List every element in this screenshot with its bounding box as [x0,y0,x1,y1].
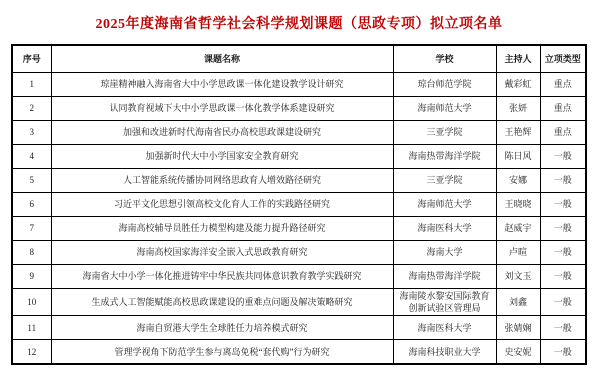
cell-host: 戴彩虹 [496,73,540,97]
cell-school: 海南师范大学 [393,193,496,217]
table-header-row: 序号 课题名称 学校 主持人 立项类型 [12,45,586,73]
cell-no: 5 [12,169,51,193]
cell-title: 习近平文化思想引领高校文化育人工作的实践路径研究 [51,193,393,217]
cell-title: 认同教育视域下大中小学思政课一体化教学体系建设研究 [51,97,393,121]
table-row: 2 认同教育视域下大中小学思政课一体化教学体系建设研究 海南师范大学 张妍 重点 [12,97,586,121]
table-row: 4 加强新时代大中小学国家安全教育研究 海南热带海洋学院 陈日风 一般 [12,145,586,169]
table-row: 12 管理学视角下防范学生参与离岛免税“套代购”行为研究 海南科技职业大学 史安… [12,340,586,365]
cell-host: 刘文玉 [496,265,540,289]
cell-type: 一般 [540,145,586,169]
cell-school: 海南医科大学 [393,316,496,340]
cell-no: 3 [12,121,51,145]
cell-type: 一般 [540,241,586,265]
page-title: 2025年度海南省哲学社会科学规划课题（思政专项）拟立项名单 [0,0,598,44]
cell-school: 三亚学院 [393,169,496,193]
cell-host: 张妍 [496,97,540,121]
cell-host: 安娜 [496,169,540,193]
cell-title: 加强新时代大中小学国家安全教育研究 [51,145,393,169]
cell-title: 琼崖精神融入海南省大中小学思政课一体化建设教学设计研究 [51,73,393,97]
cell-title: 海南高校辅导员胜任力模型构建及能力提升路径研究 [51,217,393,241]
col-header-school: 学校 [393,45,496,73]
cell-type: 一般 [540,289,586,316]
cell-no: 4 [12,145,51,169]
cell-title: 人工智能系统传播协同网络思政育人增效路径研究 [51,169,393,193]
cell-school: 海南医科大学 [393,217,496,241]
cell-type: 重点 [540,121,586,145]
cell-title: 加强和改进新时代海南省民办高校思政课建设研究 [51,121,393,145]
cell-no: 8 [12,241,51,265]
cell-host: 刘鑫 [496,289,540,316]
cell-type: 一般 [540,265,586,289]
table-row: 1 琼崖精神融入海南省大中小学思政课一体化建设教学设计研究 琼台师范学院 戴彩虹… [12,73,586,97]
table-row: 8 海南高校国家海洋安全嵌入式思政教育研究 海南大学 卢暄 一般 [12,241,586,265]
table-row: 7 海南高校辅导员胜任力模型构建及能力提升路径研究 海南医科大学 赵威宇 一般 [12,217,586,241]
cell-host: 张婧娴 [496,316,540,340]
cell-host: 史安妮 [496,340,540,365]
cell-type: 一般 [540,340,586,365]
cell-school: 三亚学院 [393,121,496,145]
cell-host: 卢暄 [496,241,540,265]
cell-type: 重点 [540,73,586,97]
cell-no: 7 [12,217,51,241]
col-header-no: 序号 [12,45,51,73]
cell-host: 王艳辉 [496,121,540,145]
col-header-type: 立项类型 [540,45,586,73]
cell-school: 海南热带海洋学院 [393,265,496,289]
table-row: 3 加强和改进新时代海南省民办高校思政课建设研究 三亚学院 王艳辉 重点 [12,121,586,145]
cell-host: 王晓晓 [496,193,540,217]
cell-school: 海南科技职业大学 [393,340,496,365]
cell-host: 陈日风 [496,145,540,169]
cell-school: 海南大学 [393,241,496,265]
cell-type: 一般 [540,193,586,217]
cell-type: 一般 [540,169,586,193]
project-list-table: 序号 课题名称 学校 主持人 立项类型 1 琼崖精神融入海南省大中小学思政课一体… [11,44,587,365]
cell-no: 9 [12,265,51,289]
cell-school: 海南师范大学 [393,97,496,121]
cell-title: 生成式人工智能赋能高校思政课建设的重难点问题及解决策略研究 [51,289,393,316]
cell-type: 一般 [540,316,586,340]
cell-no: 11 [12,316,51,340]
col-header-title: 课题名称 [51,45,393,73]
cell-type: 一般 [540,217,586,241]
cell-title: 管理学视角下防范学生参与离岛免税“套代购”行为研究 [51,340,393,365]
cell-type: 重点 [540,97,586,121]
cell-school: 海南陵水黎安国际教育创新试验区管理局 [393,289,496,316]
document-page: 2025年度海南省哲学社会科学规划课题（思政专项）拟立项名单 序号 课题名称 学… [0,0,598,384]
table-row: 6 习近平文化思想引领高校文化育人工作的实践路径研究 海南师范大学 王晓晓 一般 [12,193,586,217]
table-row: 5 人工智能系统传播协同网络思政育人增效路径研究 三亚学院 安娜 一般 [12,169,586,193]
cell-no: 12 [12,340,51,365]
cell-title: 海南省大中小学一体化推进铸牢中华民族共同体意识教育教学实践研究 [51,265,393,289]
cell-title: 海南自贸港大学生全球胜任力培养模式研究 [51,316,393,340]
cell-title: 海南高校国家海洋安全嵌入式思政教育研究 [51,241,393,265]
table-row: 11 海南自贸港大学生全球胜任力培养模式研究 海南医科大学 张婧娴 一般 [12,316,586,340]
cell-school: 海南热带海洋学院 [393,145,496,169]
cell-host: 赵威宇 [496,217,540,241]
cell-no: 2 [12,97,51,121]
cell-no: 1 [12,73,51,97]
cell-school: 琼台师范学院 [393,73,496,97]
table-row: 9 海南省大中小学一体化推进铸牢中华民族共同体意识教育教学实践研究 海南热带海洋… [12,265,586,289]
table-row: 10 生成式人工智能赋能高校思政课建设的重难点问题及解决策略研究 海南陵水黎安国… [12,289,586,316]
col-header-host: 主持人 [496,45,540,73]
cell-no: 10 [12,289,51,316]
cell-no: 6 [12,193,51,217]
